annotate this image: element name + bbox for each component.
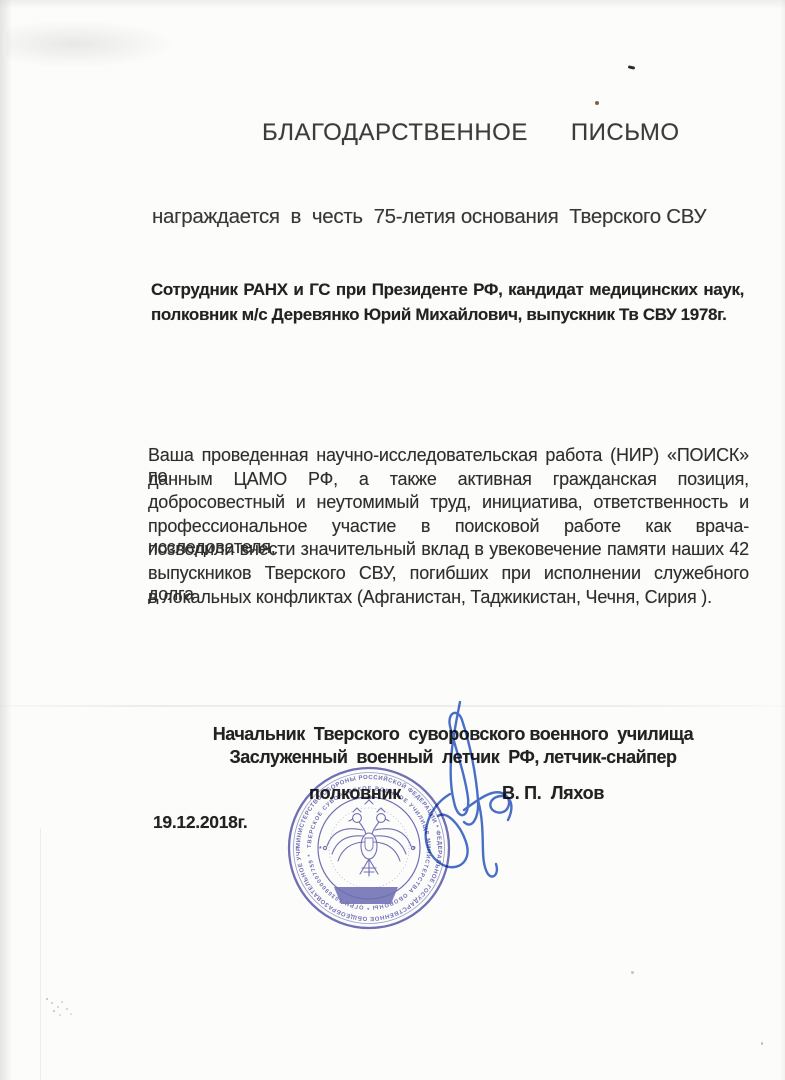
stamp-banner: [334, 887, 398, 904]
date-label: 19.12.2018г.: [153, 812, 247, 833]
signature-stroke: [426, 794, 468, 867]
scan-speck: [761, 1042, 763, 1045]
scan-speck: [631, 971, 634, 974]
stamp-side-mark-left: *: [319, 846, 322, 853]
recipient-line: полковник м/с Деревянко Юрий Михайлович,…: [151, 305, 744, 325]
body-line: добросовестный и неутомимый труд, инициа…: [148, 492, 749, 513]
stamp-mid-circle: [318, 797, 420, 899]
scan-speck: [628, 65, 635, 69]
scan-edge-shadow-left: [0, 0, 12, 1080]
scanned-letter-page: БЛАГОДАРСТВЕННОЕ ПИСЬМО награждается в ч…: [0, 0, 785, 1080]
handwritten-signature: [414, 698, 524, 888]
signature-stroke: [464, 792, 511, 820]
letter-subtitle: награждается в честь 75-летия основания …: [152, 205, 706, 229]
signature-stroke: [449, 702, 478, 825]
letter-title: БЛАГОДАРСТВЕННОЕ ПИСЬМО: [262, 119, 680, 147]
scan-speck: [595, 101, 599, 105]
body-line: в локальных конфликтах (Афганистан, Тадж…: [148, 587, 749, 608]
fold-line-horizontal: [0, 705, 785, 707]
body-line: позволили внести значительный вклад в ув…: [148, 539, 749, 560]
scan-smudge: [6, 20, 176, 68]
scan-edge-shadow-top: [0, 0, 785, 9]
body-line: данным ЦАМО РФ, а также активная граждан…: [148, 469, 749, 490]
ink-speckles: [46, 998, 48, 1000]
fold-line-vertical: [40, 828, 41, 1080]
recipient-line: Сотрудник РАНХ и ГС при Президенте РФ, к…: [151, 280, 744, 300]
scan-edge-shadow-right: [780, 0, 785, 1080]
